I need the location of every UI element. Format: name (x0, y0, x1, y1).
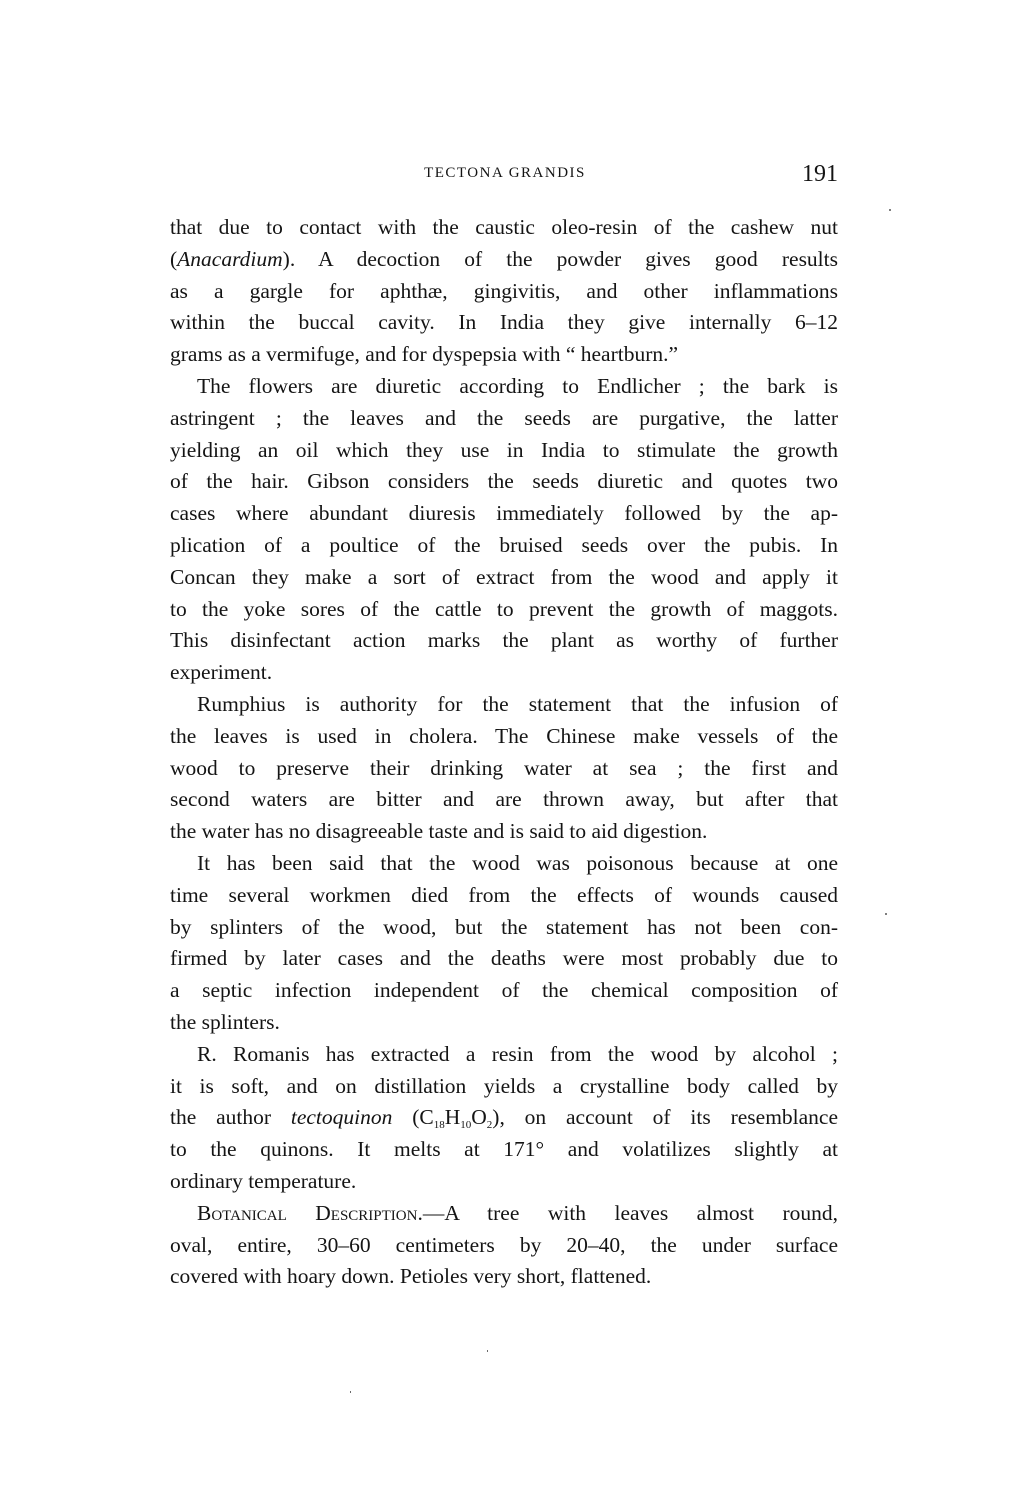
text-line: astringent ; the leaves and the seeds ar… (170, 403, 838, 435)
subscript: 2 (487, 1119, 493, 1131)
text-line: R. Romanis has extracted a resin from th… (170, 1039, 838, 1071)
italic-term: Anacardium (177, 247, 283, 271)
text-line: of the hair. Gibson considers the seeds … (170, 466, 838, 498)
text-line: the author tectoquinon (C18H10O2), on ac… (170, 1102, 838, 1134)
section-heading: Botanical Description (197, 1201, 417, 1225)
paragraph: It has been said that the wood was poiso… (170, 848, 838, 1039)
text-line: Rumphius is authority for the statement … (170, 689, 838, 721)
italic-term: tectoquinon (291, 1105, 393, 1129)
text-line: second waters are bitter and are thrown … (170, 784, 838, 816)
text-line: plication of a poultice of the bruised s… (170, 530, 838, 562)
text-line: within the buccal cavity. In India they … (170, 307, 838, 339)
text-line: as a gargle for aphthæ, gingivitis, and … (170, 276, 838, 308)
text-line: Concan they make a sort of extract from … (170, 562, 838, 594)
text-line: to the yoke sores of the cattle to preve… (170, 594, 838, 626)
text-line: cases where abundant diuresis immediatel… (170, 498, 838, 530)
paragraph: The flowers are diuretic according to En… (170, 371, 838, 689)
text-line: it is soft, and on distillation yields a… (170, 1071, 838, 1103)
text-line: oval, entire, 30–60 centimeters by 20–40… (170, 1230, 838, 1262)
text-line: the water has no disagreeable taste and … (170, 816, 838, 848)
paragraph: R. Romanis has extracted a resin from th… (170, 1039, 838, 1198)
subscript: 18 (434, 1119, 445, 1131)
text-line: Botanical Description.—A tree with leave… (170, 1198, 838, 1230)
text-line: firmed by later cases and the deaths wer… (170, 943, 838, 975)
text-line: covered with hoary down. Petioles very s… (170, 1261, 838, 1293)
scan-speck (885, 913, 887, 915)
running-head: TECTONA GRANDIS 191 (170, 161, 840, 191)
scan-speck (350, 1391, 351, 1393)
text-line: ordinary temperature. (170, 1166, 838, 1198)
text-line: wood to preserve their drinking water at… (170, 753, 838, 785)
text-line: time several workmen died from the effec… (170, 880, 838, 912)
text-line: This disinfectant action marks the plant… (170, 625, 838, 657)
paragraph: Rumphius is authority for the statement … (170, 689, 838, 848)
text-line: that due to contact with the caustic ole… (170, 212, 838, 244)
paragraph: that due to contact with the caustic ole… (170, 212, 838, 371)
paragraph: Botanical Description.—A tree with leave… (170, 1198, 838, 1293)
text-line: by splinters of the wood, but the statem… (170, 912, 838, 944)
text-line: a septic infection independent of the ch… (170, 975, 838, 1007)
scan-speck (487, 1350, 488, 1352)
body-text: that due to contact with the caustic ole… (170, 212, 838, 1293)
page-number: 191 (802, 161, 838, 188)
text-line: experiment. (170, 657, 838, 689)
text-line: The flowers are diuretic according to En… (170, 371, 838, 403)
text-line: It has been said that the wood was poiso… (170, 848, 838, 880)
text-line: the splinters. (170, 1007, 838, 1039)
text-line: the leaves is used in cholera. The Chine… (170, 721, 838, 753)
subscript: 10 (460, 1119, 471, 1131)
text-line: grams as a vermifuge, and for dyspepsia … (170, 339, 838, 371)
text-line: to the quinons. It melts at 171° and vol… (170, 1134, 838, 1166)
scan-speck (889, 209, 891, 211)
text-line: (Anacardium). A decoction of the powder … (170, 244, 838, 276)
running-title: TECTONA GRANDIS (170, 165, 840, 182)
text-line: yielding an oil which they use in India … (170, 435, 838, 467)
